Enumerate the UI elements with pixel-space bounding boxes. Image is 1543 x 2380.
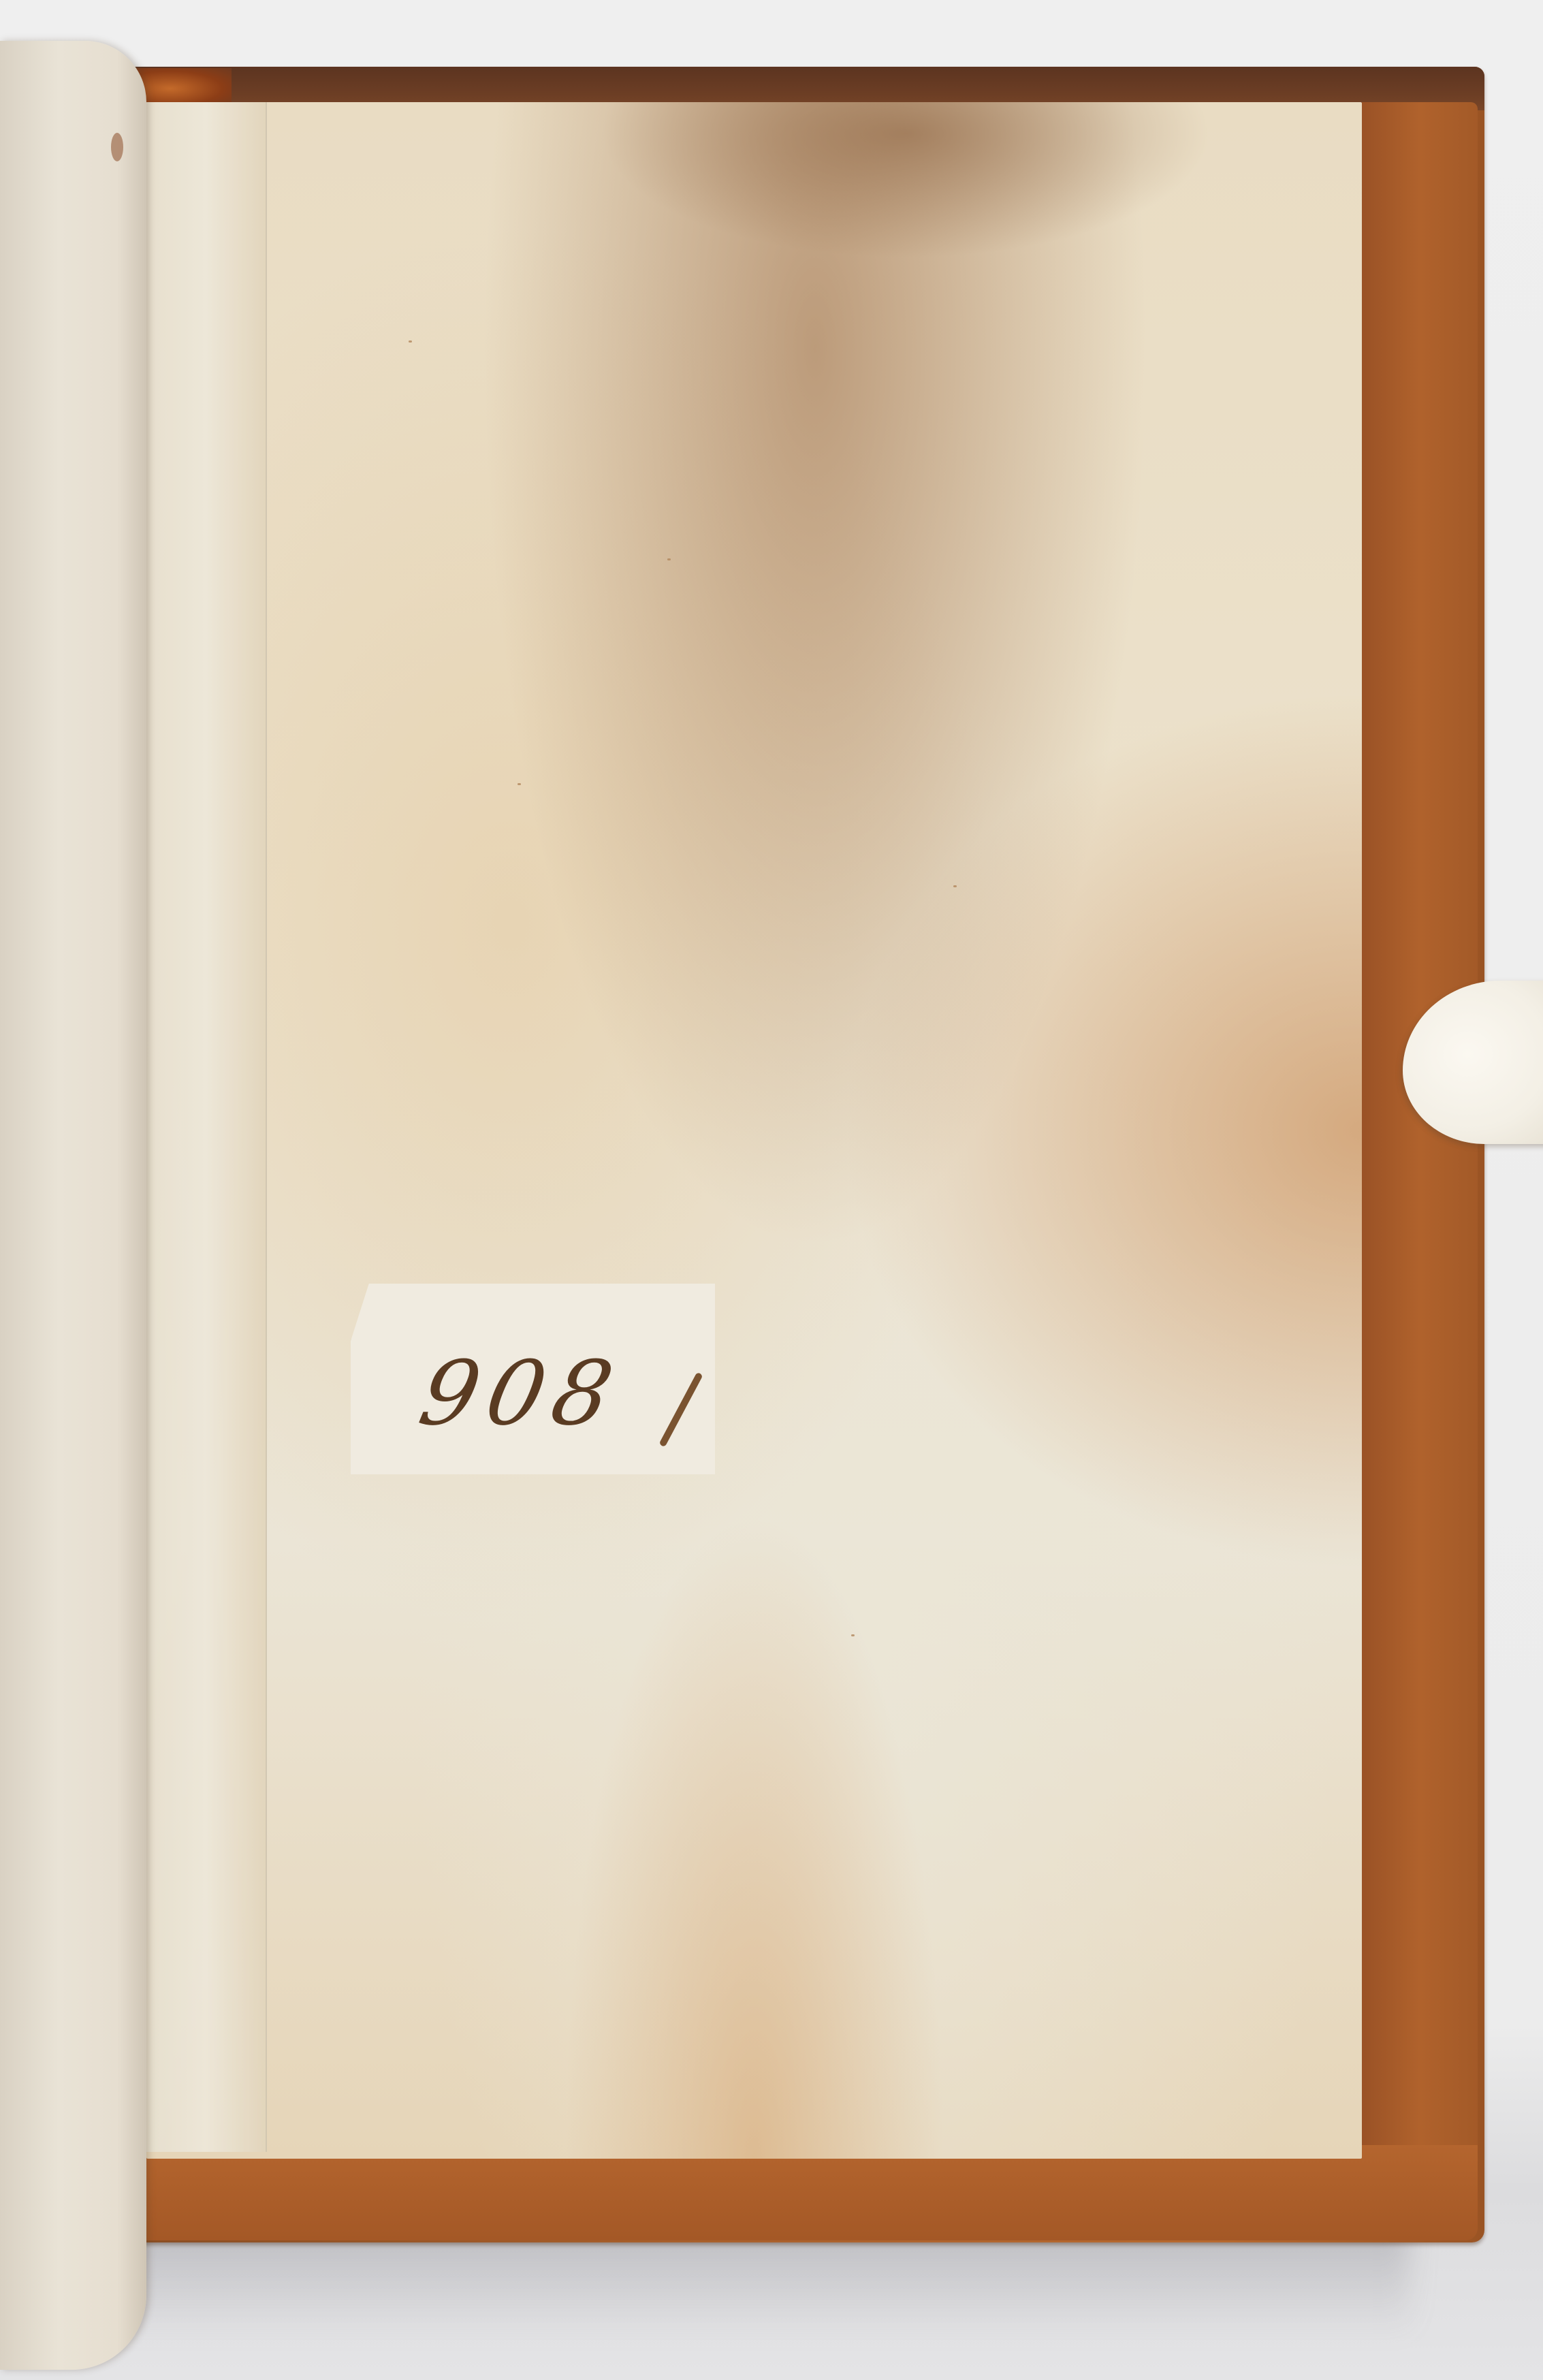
foxing-speck xyxy=(518,783,521,785)
water-stain xyxy=(599,102,1212,259)
board-bottom-turn-in xyxy=(129,2145,1478,2240)
foxing-speck xyxy=(851,1634,855,1636)
turned-page xyxy=(0,41,146,2370)
shelfmark-number: 908 xyxy=(411,1342,631,1445)
foxing-speck xyxy=(409,340,412,343)
hinge-strip xyxy=(146,102,267,2152)
foxing-speck xyxy=(667,558,671,560)
foxing-speck xyxy=(953,885,957,887)
page-wormhole xyxy=(111,133,123,161)
board-fore-edge xyxy=(1362,102,1478,2227)
pastedown-paper xyxy=(146,102,1362,2159)
